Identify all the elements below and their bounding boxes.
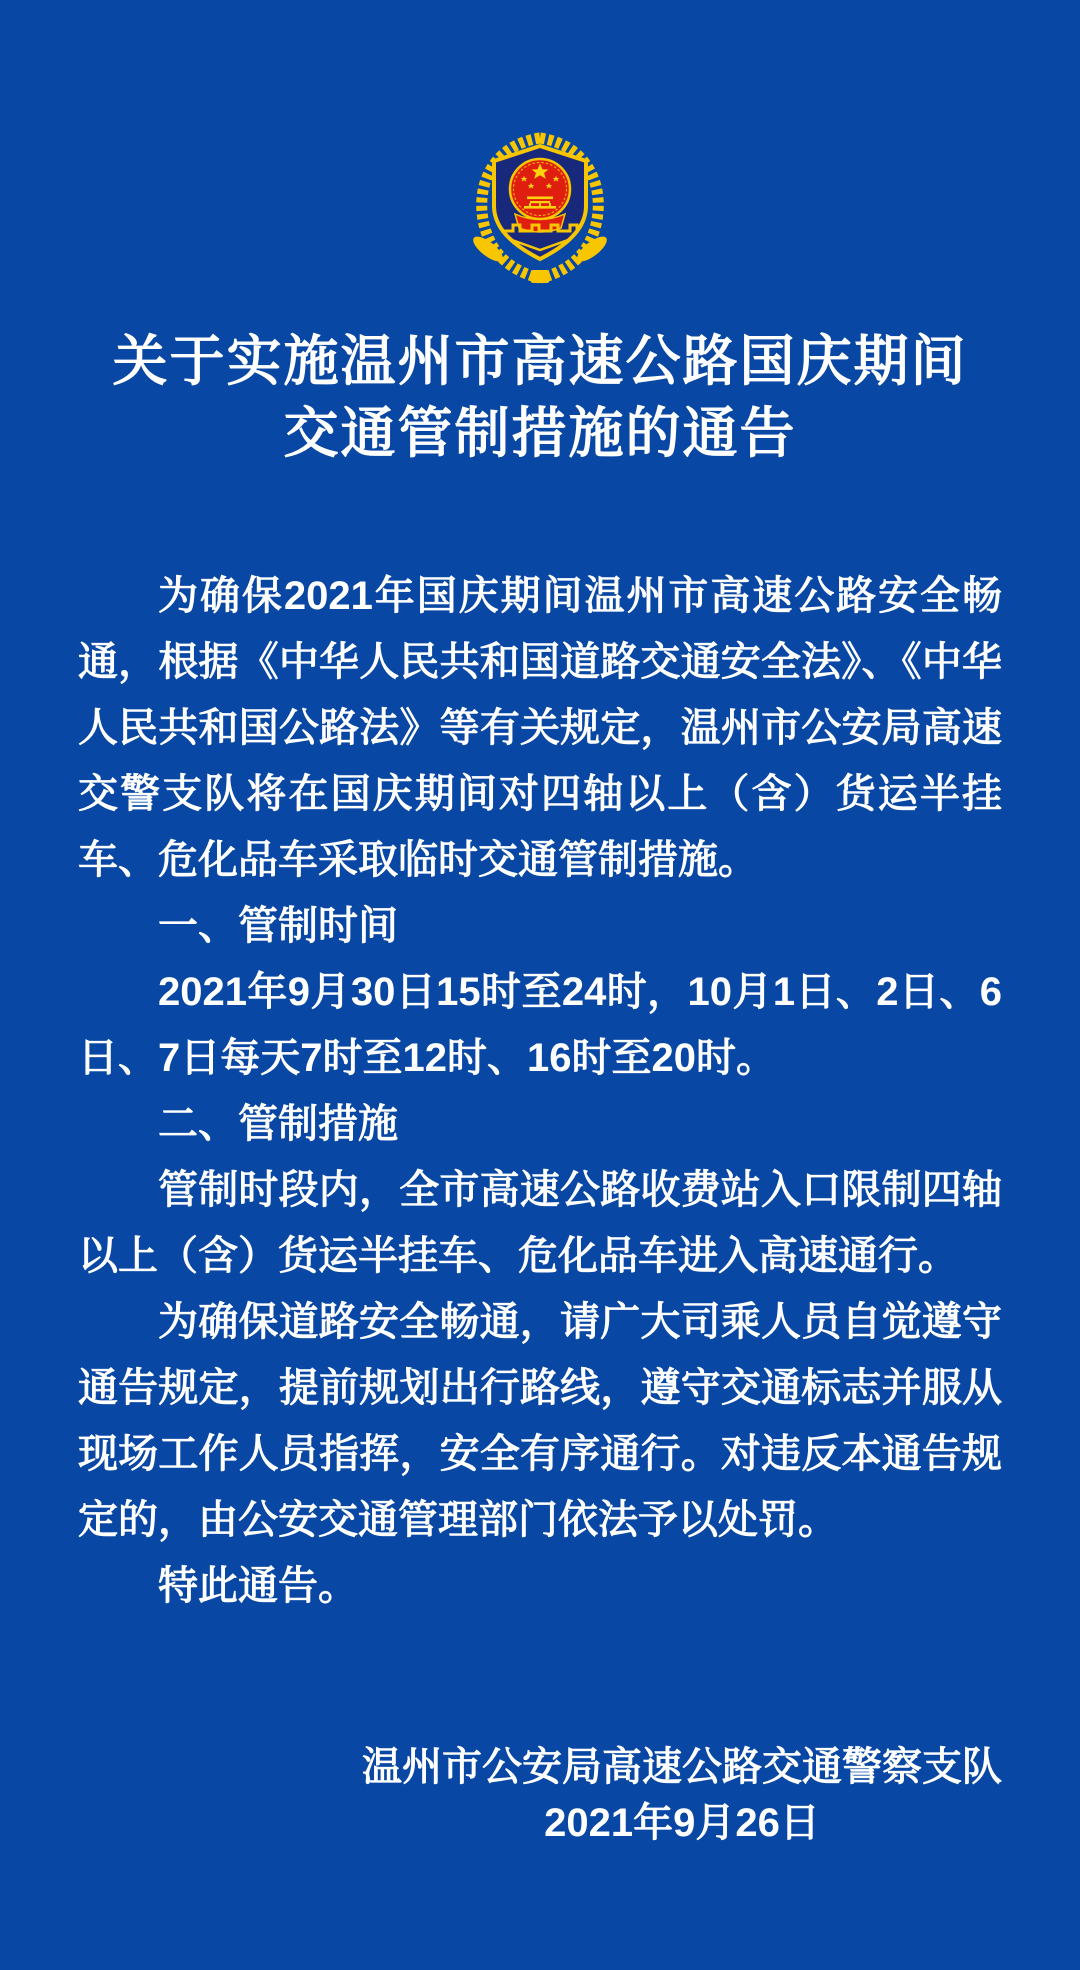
signature-date: 2021年9月26日 <box>362 1795 1002 1851</box>
paragraph-intro: 为确保2021年国庆期间温州市高速公路安全畅通，根据《中华人民共和国道路交通安全… <box>78 563 1002 893</box>
paragraph-advisory: 为确保道路安全畅通，请广大司乘人员自觉遵守通告规定，提前规划出行路线，遵守交通标… <box>78 1289 1002 1553</box>
heading-control-time: 一、管制时间 <box>78 893 1002 959</box>
police-badge-icon <box>465 128 615 291</box>
notice-title-line-1: 关于实施温州市高速公路国庆期间 <box>0 325 1080 397</box>
emblem-container <box>0 0 1080 291</box>
signature-organization: 温州市公安局高速公路交通警察支队 <box>362 1739 1002 1795</box>
notice-title: 关于实施温州市高速公路国庆期间 交通管制措施的通告 <box>0 325 1080 469</box>
notice-title-line-2: 交通管制措施的通告 <box>0 397 1080 469</box>
heading-control-measures: 二、管制措施 <box>78 1091 1002 1157</box>
signature-block: 温州市公安局高速公路交通警察支队 2021年9月26日 <box>362 1739 1002 1851</box>
notice-page: 关于实施温州市高速公路国庆期间 交通管制措施的通告 为确保2021年国庆期间温州… <box>0 0 1080 1970</box>
paragraph-closing: 特此通告。 <box>78 1553 1002 1619</box>
paragraph-control-measures: 管制时段内，全市高速公路收费站入口限制四轴以上（含）货运半挂车、危化品车进入高速… <box>78 1157 1002 1289</box>
paragraph-control-time: 2021年9月30日15时至24时，10月1日、2日、6日、7日每天7时至12时… <box>78 959 1002 1091</box>
notice-body: 为确保2021年国庆期间温州市高速公路安全畅通，根据《中华人民共和国道路交通安全… <box>0 563 1080 1619</box>
